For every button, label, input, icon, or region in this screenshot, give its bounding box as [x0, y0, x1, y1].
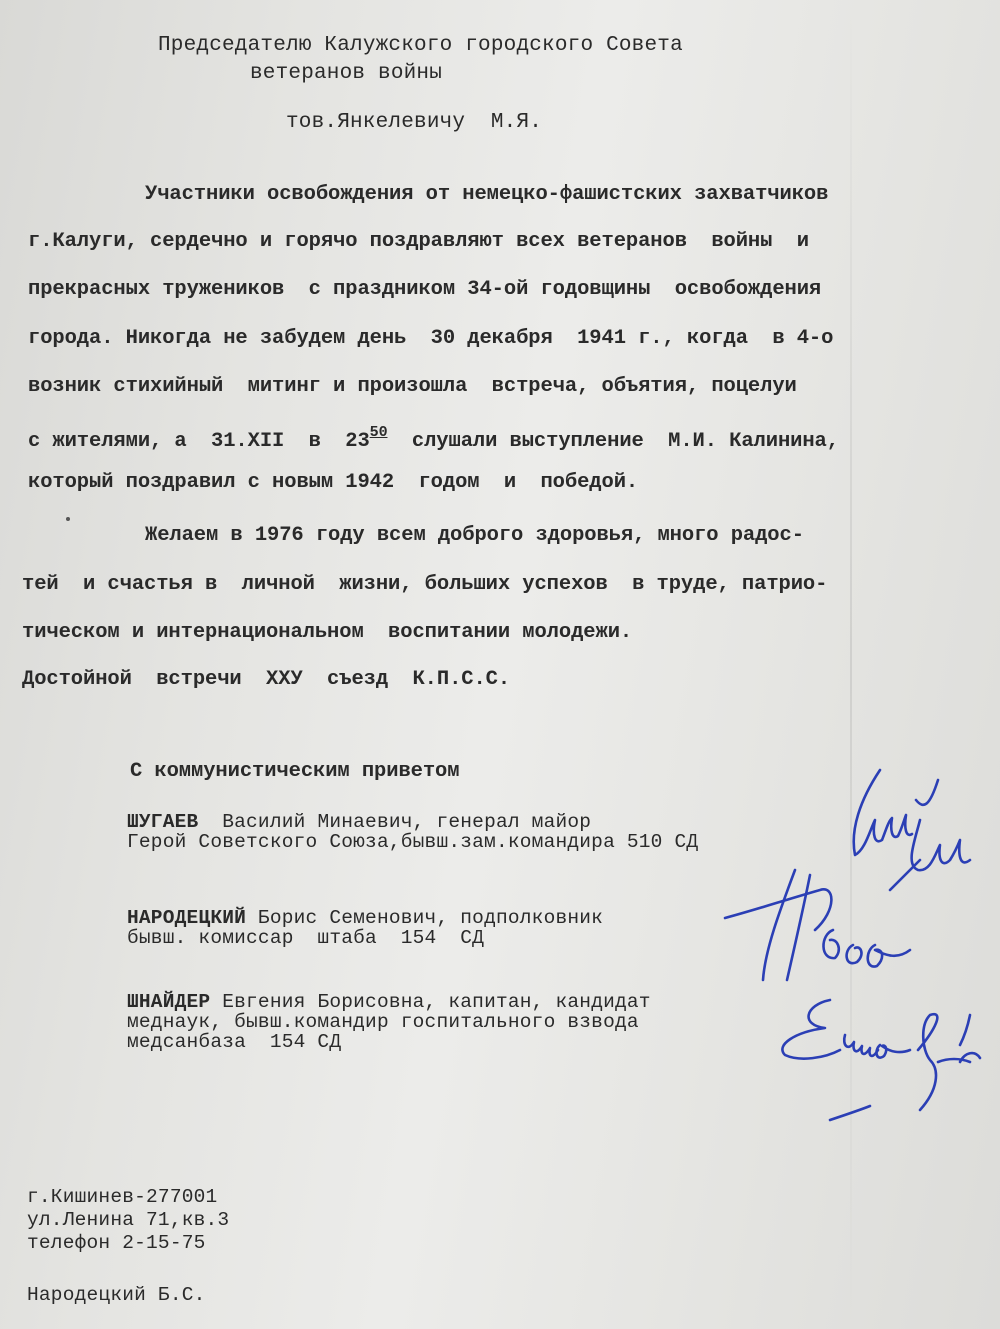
wish-line-3: тическом и интернациональном воспитании …: [22, 621, 632, 644]
addressee-line-1: Председателю Калужского городского Совет…: [158, 34, 683, 57]
wish-line-4: Достойной встречи XXУ съезд К.П.С.С.: [22, 668, 510, 691]
addressee-line-2: ветеранов войны: [250, 62, 442, 85]
addressee-line-3: тов.Янкелевичу М.Я.: [286, 111, 542, 134]
signatory-3-line-3: медсанбаза 154 СД: [127, 1032, 341, 1052]
signatory-3-line-2: меднаук, бывш.командир госпитального взв…: [127, 1012, 639, 1032]
letter-page: Председателю Калужского городского Совет…: [0, 0, 1000, 1329]
sender-name: Народецкий Б.С.: [27, 1285, 206, 1305]
sender-street: ул.Ленина 71,кв.3: [27, 1210, 229, 1230]
body-line-1: Участники освобождения от немецко-фашист…: [145, 183, 828, 206]
paper-speck: [66, 517, 70, 521]
signatory-3-surname: ШНАЙДЕР: [127, 991, 210, 1013]
wish-line-2: тей и счастья в личной жизни, больших ус…: [22, 573, 827, 596]
sender-city: г.Кишинев-277001: [27, 1187, 217, 1207]
body-line-4: города. Никогда не забудем день 30 декаб…: [28, 327, 833, 350]
wish-line-1: Желаем в 1976 году всем доброго здоровья…: [145, 524, 804, 547]
signatory-2-line-2: бывш. комиссар штаба 154 СД: [127, 928, 484, 948]
body-line-5: возник стихийный митинг и произошла встр…: [28, 375, 797, 398]
body-line-6-suffix: слушали выступление М.И. Калинина,: [387, 430, 838, 453]
signatory-1-surname: ШУГАЕВ: [127, 811, 198, 833]
signatory-3-details: Евгения Борисовна, капитан, кандидат: [210, 991, 650, 1013]
body-line-6: с жителями, а 31.XII в 2350 слушали выст…: [28, 424, 839, 453]
signatory-3-line-1: ШНАЙДЕР Евгения Борисовна, капитан, канд…: [127, 992, 651, 1012]
body-line-6-prefix: с жителями, а 31.XII в 23: [28, 430, 370, 453]
signatory-2-surname: НАРОДЕЦКИЙ: [127, 907, 246, 929]
signatory-2-details: Борис Семенович, подполковник: [246, 907, 603, 929]
body-line-7: который поздравил с новым 1942 годом и п…: [28, 471, 638, 494]
signature-narodetsky: [725, 850, 925, 1005]
closing-salutation: С коммунистическим приветом: [130, 760, 459, 783]
signatory-2-line-1: НАРОДЕЦКИЙ Борис Семенович, подполковник: [127, 908, 603, 928]
signatory-1-line-1: ШУГАЕВ Василий Минаевич, генерал майор: [127, 812, 591, 832]
signature-shnaider: [770, 990, 1000, 1135]
time-superscript: 50: [370, 424, 388, 441]
body-line-2: г.Калуги, сердечно и горячо поздравляют …: [28, 230, 809, 253]
sender-phone: телефон 2-15-75: [27, 1233, 206, 1253]
signatory-1-details: Василий Минаевич, генерал майор: [198, 811, 591, 833]
body-line-3: прекрасных тружеников с праздником 34-ой…: [28, 278, 821, 301]
signatory-1-line-2: Герой Советского Союза,бывш.зам.командир…: [127, 832, 698, 852]
